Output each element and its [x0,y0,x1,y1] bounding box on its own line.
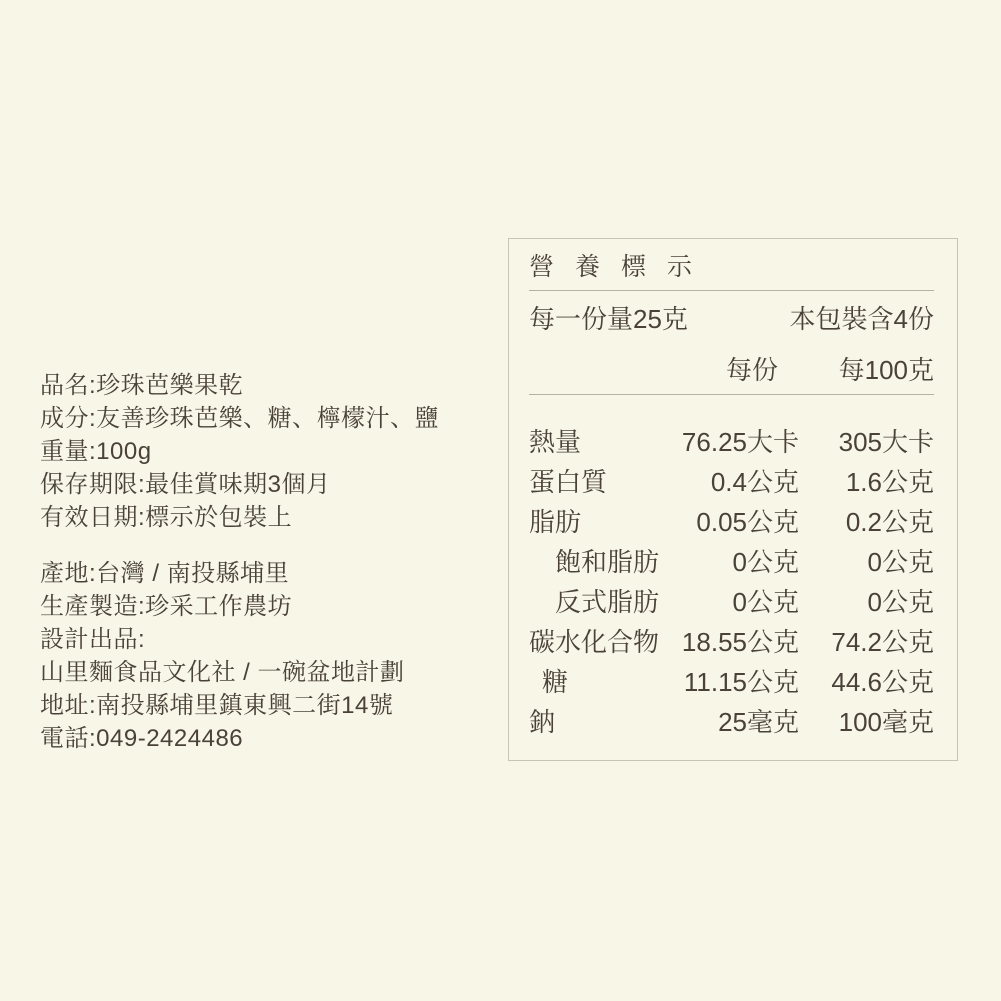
table-row-carbohydrate: 碳水化合物 18.55公克 74.2公克 [529,620,934,660]
producer-info: 產地:台灣 / 南投縣埔里 生產製造:珍采工作農坊 設計出品: 山里麵食品文化社… [40,557,439,755]
row-label: 飽和脂肪 [529,542,669,579]
expiry-line: 有效日期:標示於包裝上 [40,501,439,534]
row-value-per-100g: 0公克 [799,542,934,579]
nutrition-title: 營 養 標 示 [529,239,934,291]
servings-per-pack: 本包裝含4份 [790,299,934,336]
row-value-per-serving: 0.05公克 [669,502,799,539]
row-value-per-serving: 0.4公克 [669,462,799,499]
col-header-per-100g: 每100克 [778,350,934,387]
row-value-per-serving: 11.15公克 [669,662,799,699]
nutrition-facts-box: 營 養 標 示 每一份量25克 本包裝含4份 每份 每100克 熱量 76.25… [508,238,958,761]
phone-line: 電話:049-2424486 [40,722,439,755]
manufacturer-line: 生產製造:珍采工作農坊 [40,590,439,623]
shelf-life-line: 保存期限:最佳賞味期3個月 [40,468,439,501]
weight-line: 重量:100g [40,435,439,468]
product-name-line: 品名:珍珠芭樂果乾 [40,369,439,402]
row-value-per-serving: 76.25大卡 [669,422,799,459]
table-row-fat: 脂肪 0.05公克 0.2公克 [529,500,934,540]
ingredients-line: 成分:友善珍珠芭樂、糖、檸檬汁、鹽 [40,402,439,435]
serving-info-row: 每一份量25克 本包裝含4份 [529,291,934,343]
table-row-saturated-fat: 飽和脂肪 0公克 0公克 [529,540,934,580]
product-info-block: 品名:珍珠芭樂果乾 成分:友善珍珠芭樂、糖、檸檬汁、鹽 重量:100g 保存期限… [40,369,439,755]
design-value-line: 山里麵食品文化社 / 一碗盆地計劃 [40,656,439,689]
row-value-per-serving: 18.55公克 [669,622,799,659]
product-basic-info: 品名:珍珠芭樂果乾 成分:友善珍珠芭樂、糖、檸檬汁、鹽 重量:100g 保存期限… [40,369,439,534]
row-label: 熱量 [529,422,669,459]
table-row-sodium: 鈉 25毫克 100毫克 [529,700,934,740]
table-row-protein: 蛋白質 0.4公克 1.6公克 [529,460,934,500]
table-row-calories: 熱量 76.25大卡 305大卡 [529,420,934,460]
row-label: 脂肪 [529,502,669,539]
table-row-sugar: 糖 11.15公克 44.6公克 [529,660,934,700]
row-label: 碳水化合物 [529,622,669,659]
row-value-per-100g: 44.6公克 [799,662,934,699]
col-header-per-serving: 每份 [529,350,778,387]
origin-line: 產地:台灣 / 南投縣埔里 [40,557,439,590]
row-value-per-100g: 0公克 [799,582,934,619]
table-row-trans-fat: 反式脂肪 0公克 0公克 [529,580,934,620]
column-header-row: 每份 每100克 [529,343,934,395]
address-line: 地址:南投縣埔里鎮東興二街14號 [40,689,439,722]
row-value-per-100g: 0.2公克 [799,502,934,539]
row-label: 蛋白質 [529,462,669,499]
serving-size: 每一份量25克 [529,299,688,336]
row-value-per-100g: 1.6公克 [799,462,934,499]
row-label: 鈉 [529,702,669,739]
row-value-per-serving: 25毫克 [669,702,799,739]
row-value-per-100g: 305大卡 [799,422,934,459]
row-label: 糖 [529,662,669,699]
row-value-per-serving: 0公克 [669,582,799,619]
row-value-per-100g: 100毫克 [799,702,934,739]
design-label-line: 設計出品: [40,623,439,656]
row-value-per-100g: 74.2公克 [799,622,934,659]
row-value-per-serving: 0公克 [669,542,799,579]
nutrition-rows: 熱量 76.25大卡 305大卡 蛋白質 0.4公克 1.6公克 脂肪 0.05… [529,420,934,740]
row-label: 反式脂肪 [529,582,669,619]
